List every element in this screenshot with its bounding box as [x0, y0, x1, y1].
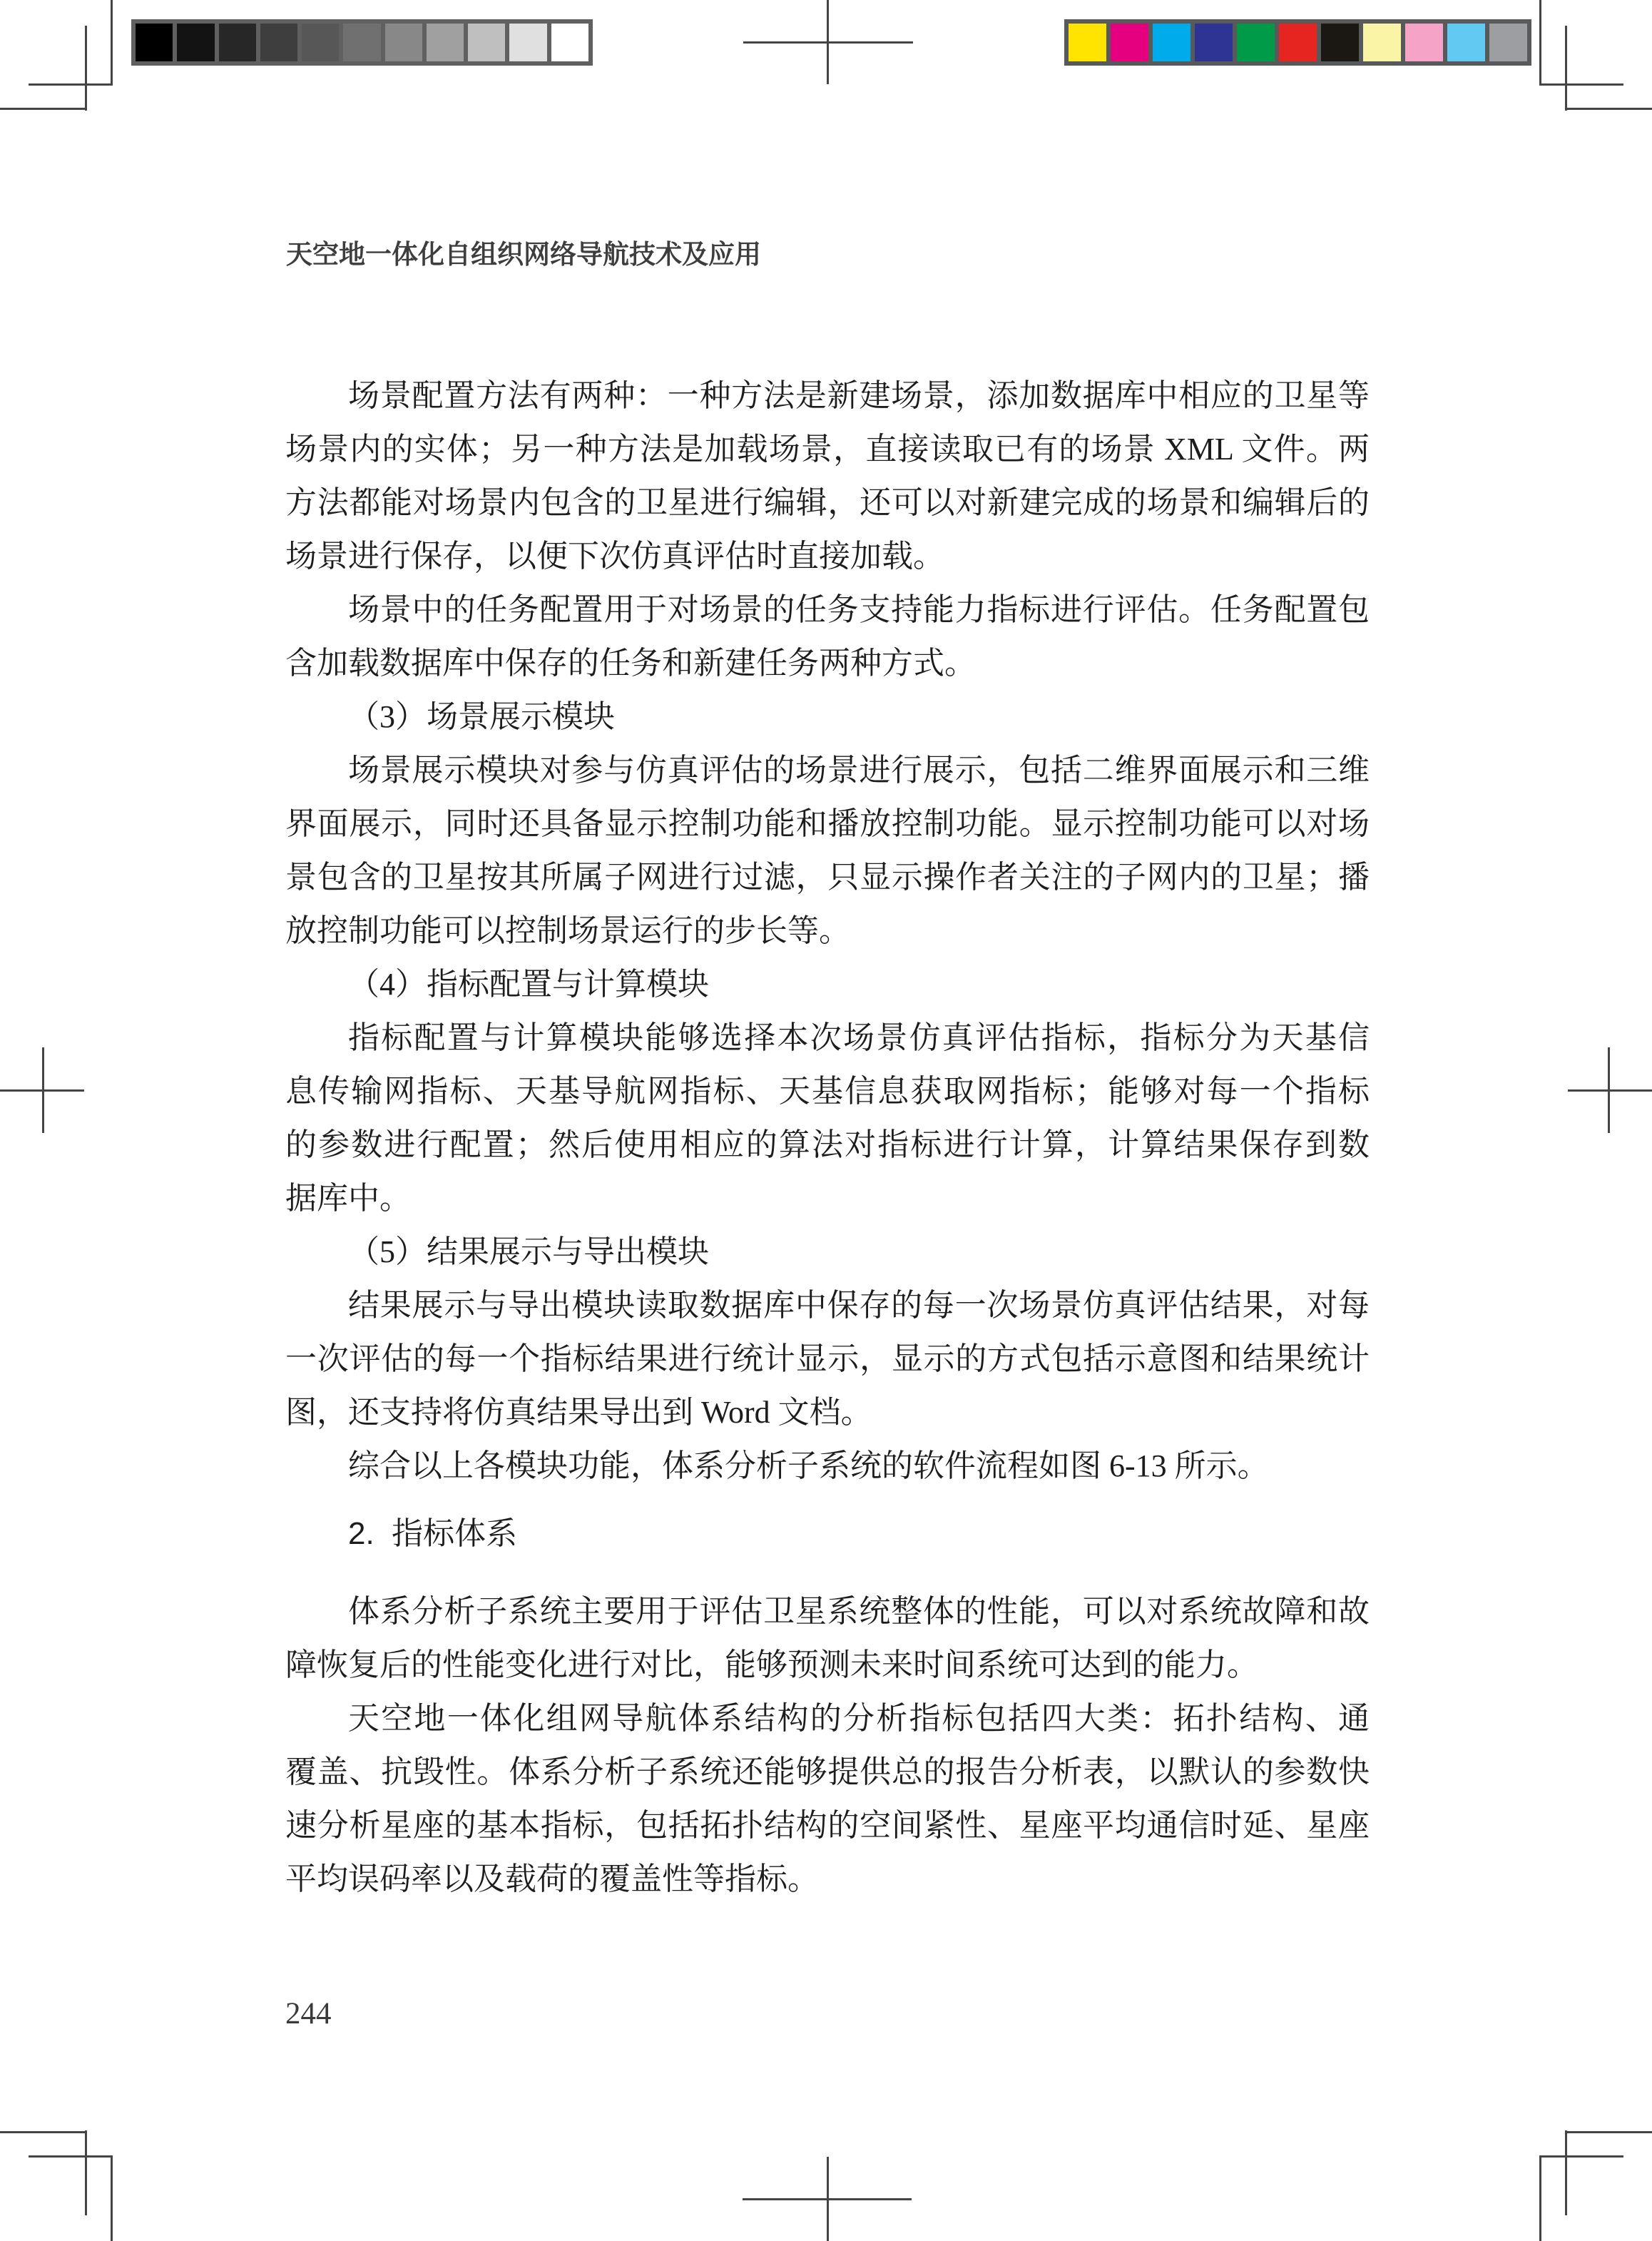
color-swatch [1111, 24, 1148, 61]
crop-mark [1539, 2155, 1541, 2241]
color-swatch [1489, 24, 1527, 61]
body-line: 方法都能对场景内包含的卫星进行编辑，还可以对新建完成的场景和编辑后的 [285, 476, 1370, 529]
crop-mark [1539, 83, 1623, 86]
page-number: 244 [285, 1996, 332, 2031]
crop-mark [0, 1089, 84, 1092]
color-swatch [1153, 24, 1190, 61]
body-line: 息传输网指标、天基导航网指标、天基信息获取网指标；能够对每一个指标 [285, 1064, 1370, 1118]
body-line: 一次评估的每一个指标结果进行统计显示，显示的方式包括示意图和结果统计 [285, 1332, 1370, 1386]
grayscale-swatch [177, 24, 214, 61]
crop-mark [85, 2130, 87, 2215]
grayscale-swatch [551, 24, 588, 61]
body-text-block-1: 场景配置方法有两种：一种方法是新建场景，添加数据库中相应的卫星等场景内的实体；另… [285, 369, 1370, 1493]
body-line: 天空地一体化组网导航体系结构的分析指标包括四大类：拓扑结构、通信、 [285, 1692, 1370, 1745]
crop-mark [1565, 26, 1567, 111]
body-line: 指标配置与计算模块能够选择本次场景仿真评估指标，指标分为天基信 [285, 1011, 1370, 1064]
crop-mark [111, 0, 113, 86]
crop-mark [85, 26, 87, 111]
crop-mark [1539, 2155, 1623, 2158]
body-line: 图，还支持将仿真结果导出到 Word 文档。 [285, 1386, 1370, 1439]
crop-mark [743, 2198, 912, 2200]
crop-mark [0, 108, 87, 110]
body-line: 的参数进行配置；然后使用相应的算法对指标进行计算，计算结果保存到数 [285, 1118, 1370, 1172]
body-line: 场景展示模块对参与仿真评估的场景进行展示，包括二维界面展示和三维 [285, 743, 1370, 797]
book-page: 天空地一体化自组织网络导航技术及应用 场景配置方法有两种：一种方法是新建场景，添… [0, 0, 1652, 2241]
body-line: 放控制功能可以控制场景运行的步长等。 [285, 904, 1370, 957]
crop-mark [1565, 108, 1652, 110]
grayscale-swatch [136, 24, 173, 61]
body-line: 覆盖、抗毁性。体系分析子系统还能够提供总的报告分析表，以默认的参数快 [285, 1745, 1370, 1799]
body-line: （4）指标配置与计算模块 [285, 957, 1370, 1011]
grayscale-swatch [302, 24, 339, 61]
grayscale-swatch [385, 24, 422, 61]
running-head-title: 天空地一体化自组织网络导航技术及应用 [286, 233, 761, 271]
body-line: 含加载数据库中保存的任务和新建任务两种方式。 [285, 636, 1370, 690]
crop-mark [1565, 2130, 1567, 2215]
body-line: 体系分析子系统主要用于评估卫星系统整体的性能，可以对系统故障和故 [285, 1585, 1370, 1638]
color-swatch [1363, 24, 1401, 61]
crop-mark [111, 2155, 113, 2241]
section-heading: 2. 指标体系 [285, 1507, 517, 1560]
body-line: 障恢复后的性能变化进行对比，能够预测未来时间系统可达到的能力。 [285, 1638, 1370, 1692]
grayscale-swatch [343, 24, 380, 61]
body-line: 平均误码率以及载荷的覆盖性等指标。 [285, 1852, 1370, 1906]
grayscale-swatch [260, 24, 297, 61]
grayscale-swatch [219, 24, 256, 61]
body-line: （3）场景展示模块 [285, 690, 1370, 743]
body-line: 据库中。 [285, 1172, 1370, 1225]
body-line: 场景进行保存，以便下次仿真评估时直接加载。 [285, 529, 1370, 583]
body-line: 场景中的任务配置用于对场景的任务支持能力指标进行评估。任务配置包 [285, 583, 1370, 636]
crop-mark [29, 2155, 113, 2158]
body-line: 速分析星座的基本指标，包括拓扑结构的空间紧性、星座平均通信时延、星座 [285, 1799, 1370, 1852]
crop-mark [0, 2131, 87, 2133]
color-swatch [1447, 24, 1485, 61]
color-swatch [1279, 24, 1317, 61]
color-swatch [1195, 24, 1233, 61]
grayscale-calibration-bar [131, 19, 593, 66]
body-line: （5）结果展示与导出模块 [285, 1225, 1370, 1279]
grayscale-swatch [509, 24, 546, 61]
color-swatch [1321, 24, 1359, 61]
grayscale-swatch [427, 24, 464, 61]
color-swatch [1069, 24, 1106, 61]
color-calibration-bar [1064, 19, 1531, 66]
body-text-block-2: 体系分析子系统主要用于评估卫星系统整体的性能，可以对系统故障和故障恢复后的性能变… [285, 1585, 1370, 1906]
grayscale-swatch [468, 24, 505, 61]
body-line: 结果展示与导出模块读取数据库中保存的每一次场景仿真评估结果，对每 [285, 1279, 1370, 1332]
color-swatch [1405, 24, 1443, 61]
crop-mark [1565, 2131, 1652, 2133]
body-line: 综合以上各模块功能，体系分析子系统的软件流程如图 6-13 所示。 [285, 1439, 1370, 1493]
crop-mark [29, 83, 113, 86]
body-line: 场景内的实体；另一种方法是加载场景，直接读取已有的场景 XML 文件。两种 [285, 422, 1370, 476]
body-line: 界面展示，同时还具备显示控制功能和播放控制功能。显示控制功能可以对场 [285, 797, 1370, 850]
body-line: 景包含的卫星按其所属子网进行过滤，只显示操作者关注的子网内的卫星；播 [285, 850, 1370, 904]
crop-mark [1568, 1089, 1652, 1092]
body-line: 场景配置方法有两种：一种方法是新建场景，添加数据库中相应的卫星等 [285, 369, 1370, 422]
color-swatch [1237, 24, 1275, 61]
crop-mark [743, 41, 913, 44]
crop-mark [1539, 0, 1541, 86]
